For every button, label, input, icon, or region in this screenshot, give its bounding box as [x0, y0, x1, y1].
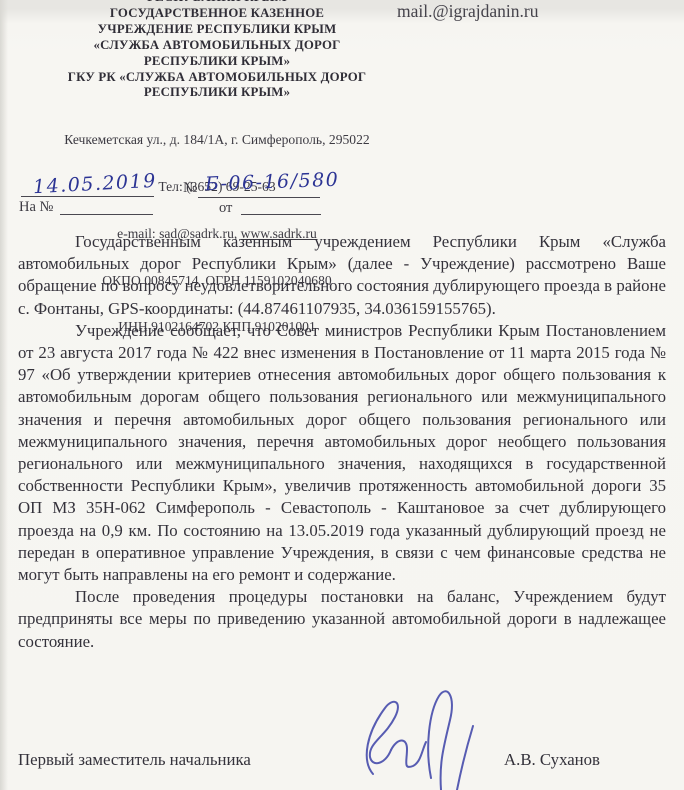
date-underline — [21, 196, 154, 197]
handwritten-outgoing-number: Б-06-16/580 — [205, 169, 340, 196]
org-address: Кечкеметская ул., д. 184/1А, г. Симфероп… — [28, 132, 406, 148]
letterhead-line: РЕСПУБЛИКИ КРЫМ» — [28, 85, 406, 101]
scan-edge-shadow — [0, 0, 8, 790]
from-label: от — [219, 200, 232, 217]
letterhead-line: «СЛУЖБА АВТОМОБИЛЬНЫХ ДОРОГ — [28, 38, 406, 54]
letterhead-line: ГКУ РК «СЛУЖБА АВТОМОБИЛЬНЫХ ДОРОГ — [28, 70, 406, 86]
signer-position-title: Первый заместитель начальника — [18, 750, 251, 770]
body-paragraph: Учреждение сообщает, что Совет министров… — [18, 320, 666, 586]
reply-to-label: На № — [19, 199, 53, 216]
letterhead-line: УЧРЕЖДЕНИЕ РЕСПУБЛИКИ КРЫМ — [28, 22, 406, 38]
number-underline — [198, 197, 320, 198]
letter-body: Государственным казенным учреждением Рес… — [18, 231, 666, 653]
reply-to-underline — [60, 214, 153, 215]
scanned-letter-page: mail.@igrajdanin.ru РЕСПУБЛИКИ КРЫМ ГОСУ… — [0, 0, 684, 790]
recipient-email-note: mail.@igrajdanin.ru — [397, 1, 539, 22]
from-underline — [241, 214, 321, 215]
letterhead-line: ГОСУДАРСТВЕННОЕ КАЗЕННОЕ — [28, 6, 406, 22]
letterhead-org-block: РЕСПУБЛИКИ КРЫМ ГОСУДАРСТВЕННОЕ КАЗЕННОЕ… — [28, 0, 406, 101]
handwritten-signature-icon — [345, 686, 495, 790]
body-paragraph: Государственным казенным учреждением Рес… — [18, 231, 666, 320]
body-paragraph: После проведения процедуры постановки на… — [18, 586, 666, 653]
number-sign-label: № — [183, 180, 197, 197]
letterhead-line: РЕСПУБЛИКИ КРЫМ» — [28, 54, 406, 70]
signer-name: А.В. Суханов — [504, 750, 600, 770]
